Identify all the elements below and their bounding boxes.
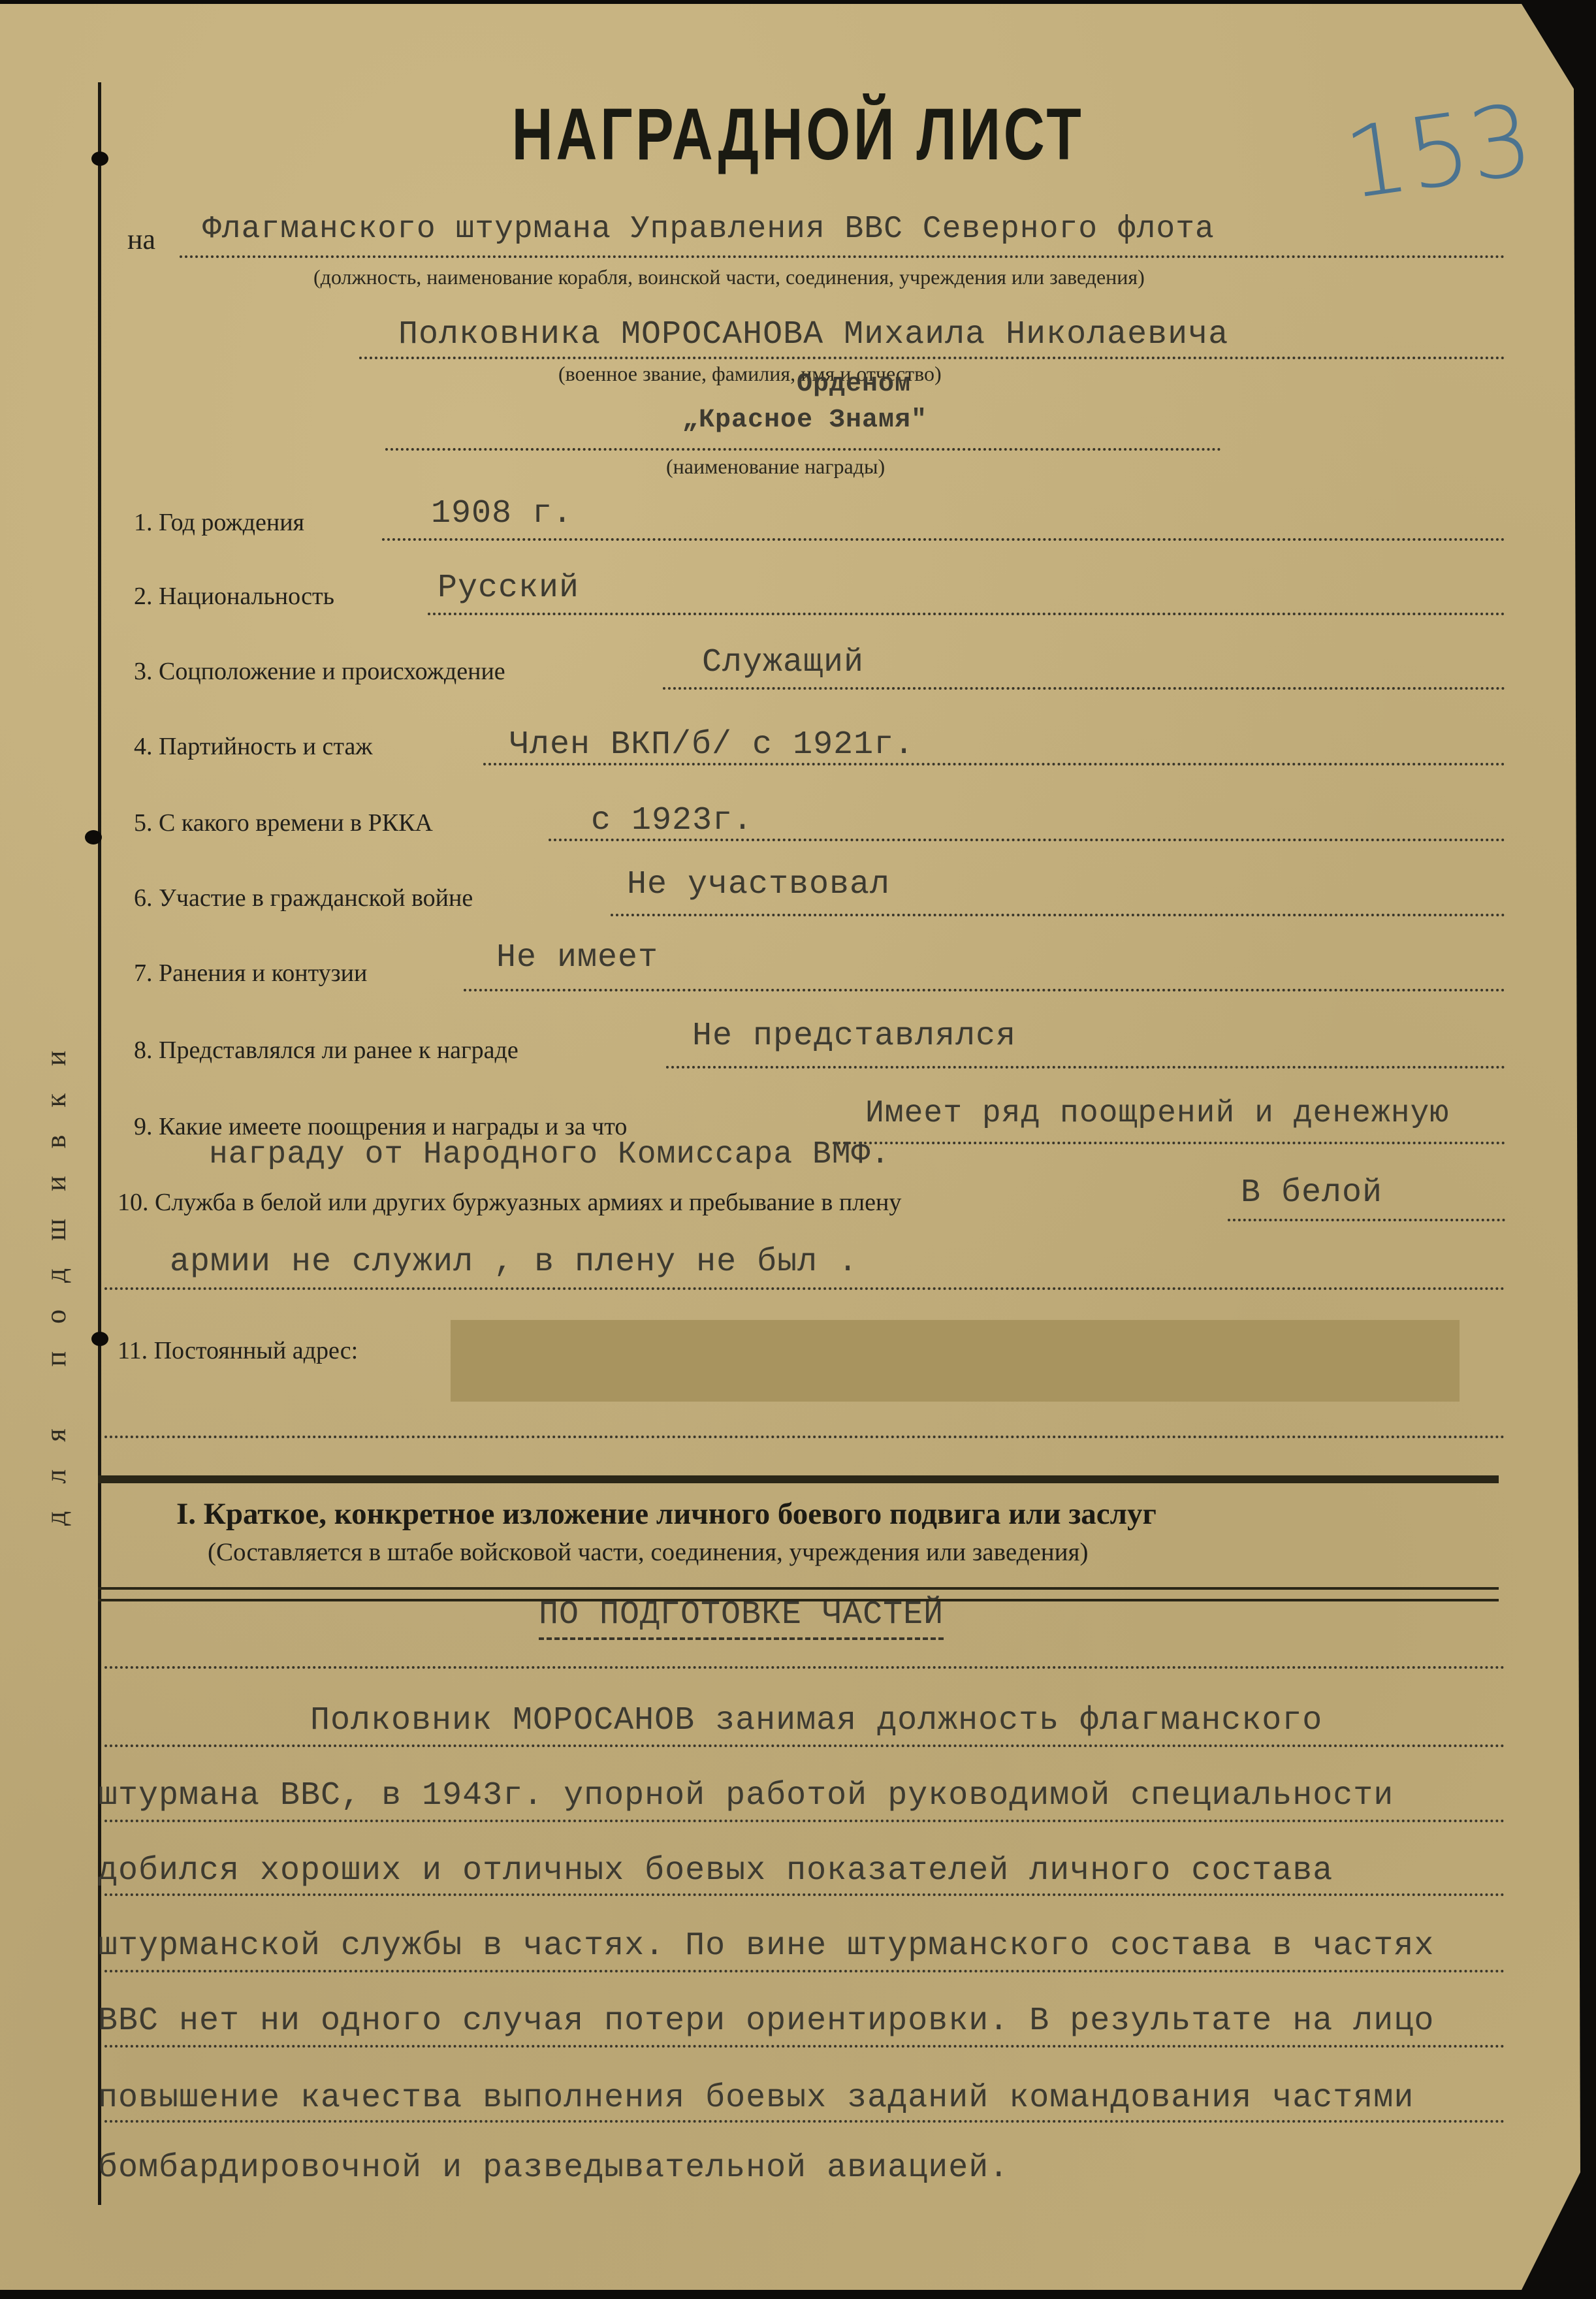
field-underline: [611, 914, 1505, 916]
narrative-line: ВВС нет ни одного случая потери ориентир…: [98, 2002, 1434, 2040]
field-underline: [833, 1142, 1505, 1144]
award-caption: (наименование награды): [666, 455, 885, 479]
narrative-line: бомбардировочной и разведывательной авиа…: [98, 2149, 1009, 2187]
field-label-rkka-since: 5. С какого времени в РККА: [134, 809, 433, 837]
field-label-white-army: 10. Служба в белой или других буржуазных…: [118, 1188, 901, 1217]
narrative-underline: [104, 1744, 1505, 1747]
field-value-commendations-cont: награду от Народного Комиссара ВМФ.: [209, 1137, 890, 1172]
field-value-previous-awards: Не представлялся: [692, 1018, 1016, 1055]
field-underline: [549, 839, 1505, 841]
field-value-birth-year: 1908 г.: [431, 495, 573, 532]
field-value-nationality: Русский: [438, 570, 579, 607]
field-underline: [663, 687, 1505, 690]
punch-hole-icon: [91, 152, 108, 166]
position-underline: [180, 255, 1505, 258]
field-value-white-army: В белой: [1241, 1174, 1382, 1212]
award-sheet-page: для подшивки 153 НАГРАДНОЙ ЛИСТ на Флагм…: [0, 4, 1580, 2290]
field-label-previous-awards: 8. Представлялся ли ранее к награде: [134, 1036, 519, 1065]
position-caption: (должность, наименование корабля, воинск…: [313, 265, 1145, 289]
field-underline: [382, 538, 1505, 541]
section-title: I. Краткое, конкретное изложение личного…: [176, 1496, 1157, 1532]
award-type: Орденом: [797, 370, 911, 399]
narrative-line: штурмана ВВС, в 1943г. упорной работой р…: [98, 1777, 1394, 1814]
field-label-wounds: 7. Ранения и контузии: [134, 959, 367, 988]
field-label-address: 11. Постоянный адрес:: [118, 1336, 358, 1365]
punch-hole-icon: [85, 830, 102, 844]
field-label-nationality: 2. Национальность: [134, 582, 334, 611]
narrative-underline: [104, 2045, 1505, 2048]
field-underline: [428, 613, 1505, 615]
field-value-wounds: Не имеет: [496, 939, 658, 976]
field-underline: [104, 1287, 1505, 1290]
section-divider: [98, 1475, 1499, 1483]
narrative-underline: [104, 1893, 1505, 1896]
binding-margin-label: для подшивки: [39, 1023, 72, 1526]
field-underline: [483, 763, 1505, 765]
field-label-civil-war: 6. Участие в гражданской войне: [134, 884, 473, 912]
narrative-underline: [104, 1666, 1505, 1669]
name-value: Полковника МОРОСАНОВА Михаила Николаевич…: [398, 316, 1228, 353]
punch-hole-icon: [91, 1332, 108, 1346]
field-value-civil-war: Не участвовал: [627, 866, 890, 903]
narrative-heading: ПО ПОДГОТОВКЕ ЧАСТЕЙ: [539, 1596, 944, 1640]
narrative-line: штурманской службы в частях. По вине шту…: [98, 1927, 1434, 1965]
field-value-rkka-since: с 1923г.: [591, 802, 753, 839]
narrative-line: Полковник МОРОСАНОВ занимая должность фл…: [310, 1702, 1322, 1739]
field-underline: [464, 989, 1505, 991]
field-underline: [1228, 1219, 1505, 1221]
narrative-underline: [104, 1970, 1505, 1972]
field-label-social-status: 3. Соцположение и происхождение: [134, 657, 505, 686]
field-value-white-army-cont: армии не служил , в плену не был .: [170, 1244, 858, 1281]
field-value-social-status: Служащий: [702, 644, 864, 681]
field-underline: [104, 1436, 1505, 1438]
field-value-party: Член ВКП/б/ с 1921г.: [509, 726, 914, 764]
field-label-birth-year: 1. Год рождения: [134, 508, 304, 537]
field-label-party: 4. Партийность и стаж: [134, 732, 373, 761]
na-prefix: на: [127, 223, 155, 256]
narrative-underline: [104, 1820, 1505, 1822]
narrative-line: повышение качества выполнения боевых зад…: [98, 2080, 1414, 2117]
narrative-line: добился хороших и отличных боевых показа…: [98, 1852, 1333, 1889]
section-subtitle: (Составляется в штабе войсковой части, с…: [208, 1537, 1088, 1567]
award-name: „Красное Знамя": [682, 406, 927, 435]
field-value-commendations: Имеет ряд поощрений и денежную: [865, 1096, 1449, 1131]
page-title: НАГРАДНОЙ ЛИСТ: [176, 92, 1420, 176]
award-underline: [385, 448, 1221, 451]
address-redaction: [451, 1320, 1460, 1402]
field-underline: [666, 1066, 1505, 1069]
name-underline: [359, 357, 1505, 359]
narrative-underline: [104, 2120, 1505, 2123]
position-value: Флагманского штурмана Управления ВВС Сев…: [202, 212, 1215, 247]
